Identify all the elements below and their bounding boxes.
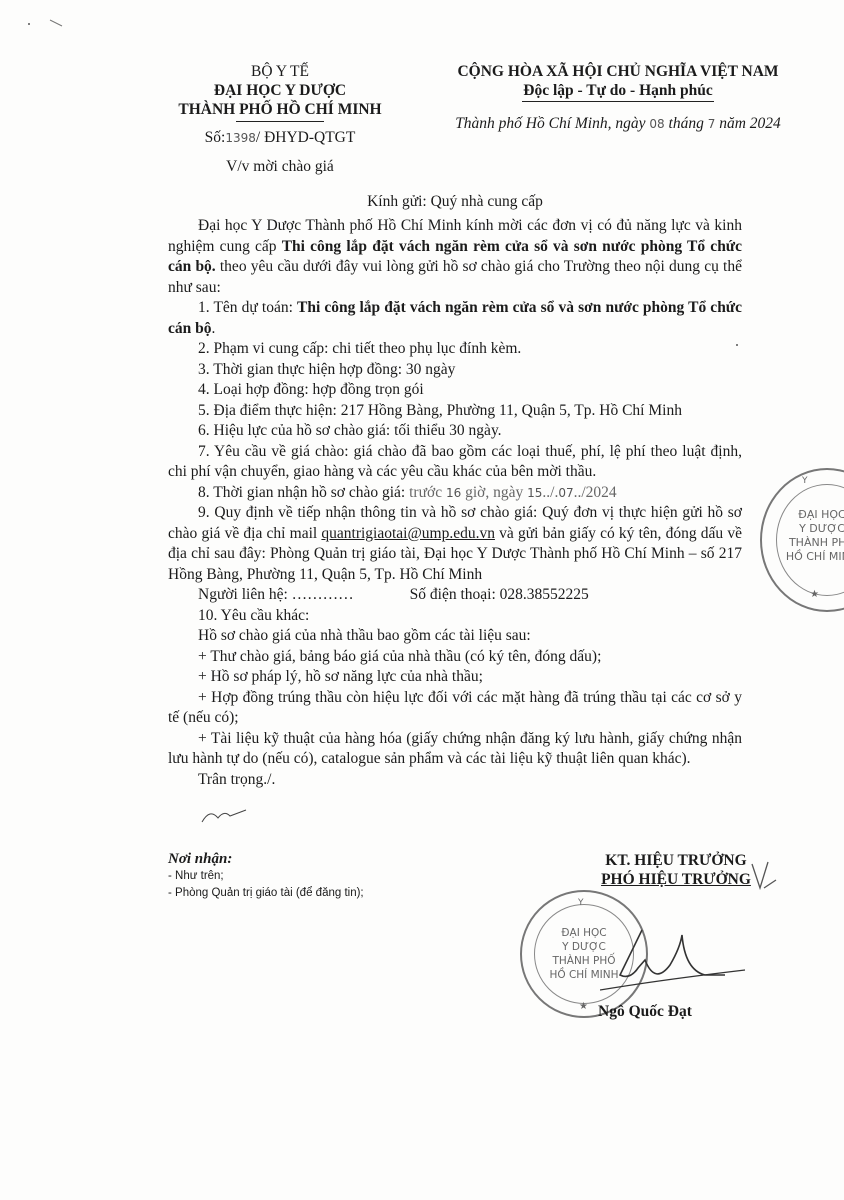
header-divider xyxy=(236,121,324,122)
item-5: 5. Địa điểm thực hiện: 217 Hồng Bàng, Ph… xyxy=(168,401,742,422)
item-7: 7. Yêu cầu về giá chào: giá chào đã bao … xyxy=(168,442,742,483)
item-2: 2. Phạm vi cung cấp: chi tiết theo phụ l… xyxy=(168,339,742,360)
handwritten-initial-icon xyxy=(200,806,250,826)
item-6: 6. Hiệu lực của hồ sơ chào giá: tối thiể… xyxy=(168,421,742,442)
recipients-title: Nơi nhận: xyxy=(168,850,364,868)
document-date: Thành phố Hồ Chí Minh, ngày 08 tháng 7 n… xyxy=(432,114,804,134)
item-10-d: + Tài liệu kỹ thuật của hàng hóa (giấy c… xyxy=(168,729,742,770)
recipient-item: - Phòng Quản trị giáo tài (để đăng tin); xyxy=(168,885,364,902)
page-seal-stamp: Y ĐẠI HỌC Y DƯỢC THÀNH PHỐ HỒ CHÍ MINH ★ xyxy=(760,468,844,612)
signer-name: Ngô Quốc Đạt xyxy=(598,1003,692,1021)
phone-number: Số điện thoại: 028.38552225 xyxy=(410,586,589,603)
intro-paragraph: Đại học Y Dược Thành phố Hồ Chí Minh kín… xyxy=(168,216,742,298)
national-header: CỘNG HÒA XÃ HỘI CHỦ NGHĨA VIỆT NAM Độc l… xyxy=(432,62,804,134)
item-10-c: + Hợp đồng trúng thầu còn hiệu lực đối v… xyxy=(168,688,742,729)
handwritten-number: 1398 xyxy=(225,131,256,145)
recipient-item: - Như trên; xyxy=(168,868,364,885)
star-icon: ★ xyxy=(579,1000,588,1014)
contact-person: Người liên hệ: ………… xyxy=(198,586,354,603)
document-number: Số:1398/ ĐHYD-QTGT xyxy=(160,128,400,148)
item-9: 9. Quy định về tiếp nhận thông tin và hồ… xyxy=(168,503,742,585)
issuer-header: BỘ Y TẾ ĐẠI HỌC Y DƯỢC THÀNH PHỐ HỒ CHÍ … xyxy=(160,62,400,176)
scan-speck xyxy=(736,344,738,346)
scan-speck xyxy=(28,23,30,25)
item-1: 1. Tên dự toán: Thi công lắp đặt vách ng… xyxy=(168,298,742,339)
email-link[interactable]: quantrigiaotai@ump.edu.vn xyxy=(321,525,495,542)
item-10-intro: Hồ sơ chào giá của nhà thầu bao gồm các … xyxy=(168,626,742,647)
item-8: 8. Thời gian nhận hồ sơ chào giá: trước … xyxy=(168,483,742,504)
university-name-line1: ĐẠI HỌC Y DƯỢC xyxy=(160,81,400,100)
initials-mark-icon xyxy=(748,858,778,894)
scan-mark xyxy=(48,18,68,28)
national-motto: Độc lập - Tự do - Hạnh phúc xyxy=(522,81,713,102)
ministry-name: BỘ Y TẾ xyxy=(160,62,400,81)
item-4: 4. Loại hợp đồng: hợp đồng trọn gói xyxy=(168,380,742,401)
handwritten-day: 08 xyxy=(649,117,664,131)
star-icon: ★ xyxy=(810,588,819,602)
contact-line: Người liên hệ: …………Số điện thoại: 028.38… xyxy=(168,585,742,606)
document-body: Đại học Y Dược Thành phố Hồ Chí Minh kín… xyxy=(168,216,742,790)
signature-scribble-icon xyxy=(600,920,750,1000)
item-10: 10. Yêu cầu khác: xyxy=(168,606,742,627)
recipients: Nơi nhận: - Như trên; - Phòng Quản trị g… xyxy=(168,850,364,902)
university-name-line2: THÀNH PHỐ HỒ CHÍ MINH xyxy=(160,100,400,119)
item-10-a: + Thư chào giá, bảng báo giá của nhà thầ… xyxy=(168,647,742,668)
item-10-b: + Hồ sơ pháp lý, hồ sơ năng lực của nhà … xyxy=(168,667,742,688)
closing: Trân trọng./. xyxy=(168,770,742,791)
item-3: 3. Thời gian thực hiện hợp đồng: 30 ngày xyxy=(168,360,742,381)
document-subject: V/v mời chào giá xyxy=(160,157,400,176)
nation-title: CỘNG HÒA XÃ HỘI CHỦ NGHĨA VIỆT NAM xyxy=(432,62,804,81)
greeting: Kính gửi: Quý nhà cung cấp xyxy=(168,193,742,211)
